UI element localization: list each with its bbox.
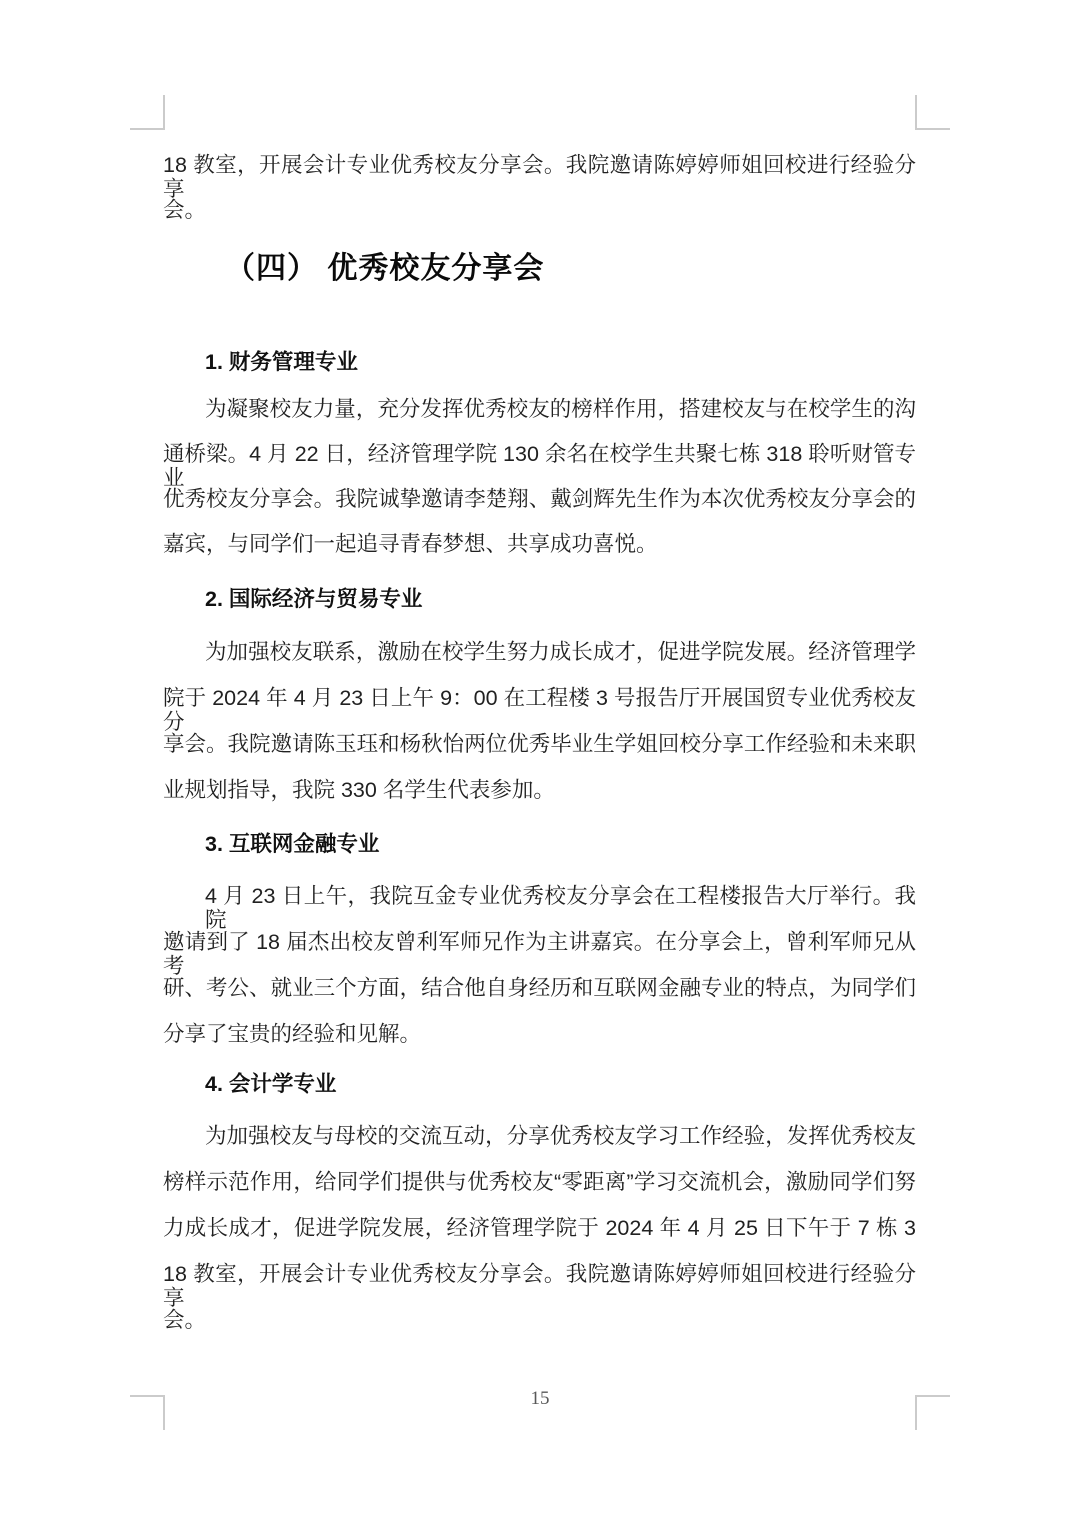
document-page: 18 教室，开展会计专业优秀校友分享会。我院邀请陈婷婷师姐回校进行经验分享 会。… xyxy=(0,0,1080,1526)
section-title: 1. 财务管理专业 xyxy=(205,350,916,374)
text-line: 榜样示范作用，给同学们提供与优秀校友“零距离”学习交流机会，激励同学们努 xyxy=(163,1170,916,1194)
text-line: 为加强校友联系，激励在校学生努力成长成才，促进学院发展。经济管理学 xyxy=(205,640,916,664)
section-title: 4. 会计学专业 xyxy=(205,1072,916,1096)
text-line: 享会。我院邀请陈玉珏和杨秋怡两位优秀毕业生学姐回校分享工作经验和未来职 xyxy=(163,732,916,756)
text-line: 会。 xyxy=(163,198,916,222)
page-number: 15 xyxy=(0,1388,1080,1410)
text-line: 优秀校友分享会。我院诚挚邀请李楚翔、戴剑辉先生作为本次优秀校友分享会的 xyxy=(163,487,916,511)
section-title: 2. 国际经济与贸易专业 xyxy=(205,587,916,611)
text-line: 分享了宝贵的经验和见解。 xyxy=(163,1022,916,1046)
text-line: 邀请到了 18 届杰出校友曾利军师兄作为主讲嘉宾。在分享会上，曾利军师兄从考 xyxy=(163,930,916,978)
text-line: 力成长成才，促进学院发展，经济管理学院于 2024 年 4 月 25 日下午于 … xyxy=(163,1216,916,1240)
text-line: 院于 2024 年 4 月 23 日上午 9：00 在工程楼 3 号报告厅开展国… xyxy=(163,686,916,734)
text-line: 会。 xyxy=(163,1308,916,1332)
section-title: 3. 互联网金融专业 xyxy=(205,832,916,856)
text-line: 18 教室，开展会计专业优秀校友分享会。我院邀请陈婷婷师姐回校进行经验分享 xyxy=(163,153,916,201)
text-line: 嘉宾，与同学们一起追寻青春梦想、共享成功喜悦。 xyxy=(163,532,916,556)
text-line: 18 教室，开展会计专业优秀校友分享会。我院邀请陈婷婷师姐回校进行经验分享 xyxy=(163,1262,916,1310)
text-line: 通桥梁。4 月 22 日，经济管理学院 130 余名在校学生共聚七栋 318 聆… xyxy=(163,442,916,490)
crop-mark-top-left-icon xyxy=(130,95,165,130)
text-line: 为加强校友与母校的交流互动，分享优秀校友学习工作经验，发挥优秀校友 xyxy=(205,1124,916,1148)
text-line: 为凝聚校友力量，充分发挥优秀校友的榜样作用，搭建校友与在校学生的沟 xyxy=(205,397,916,421)
text-line: 4 月 23 日上午，我院互金专业优秀校友分享会在工程楼报告大厅举行。我院 xyxy=(205,884,916,932)
text-line: 业规划指导，我院 330 名学生代表参加。 xyxy=(163,778,916,802)
text-line: 研、考公、就业三个方面，结合他自身经历和互联网金融专业的特点，为同学们 xyxy=(163,976,916,1000)
section-heading: （四） 优秀校友分享会 xyxy=(225,251,544,287)
crop-mark-top-right-icon xyxy=(915,95,950,130)
